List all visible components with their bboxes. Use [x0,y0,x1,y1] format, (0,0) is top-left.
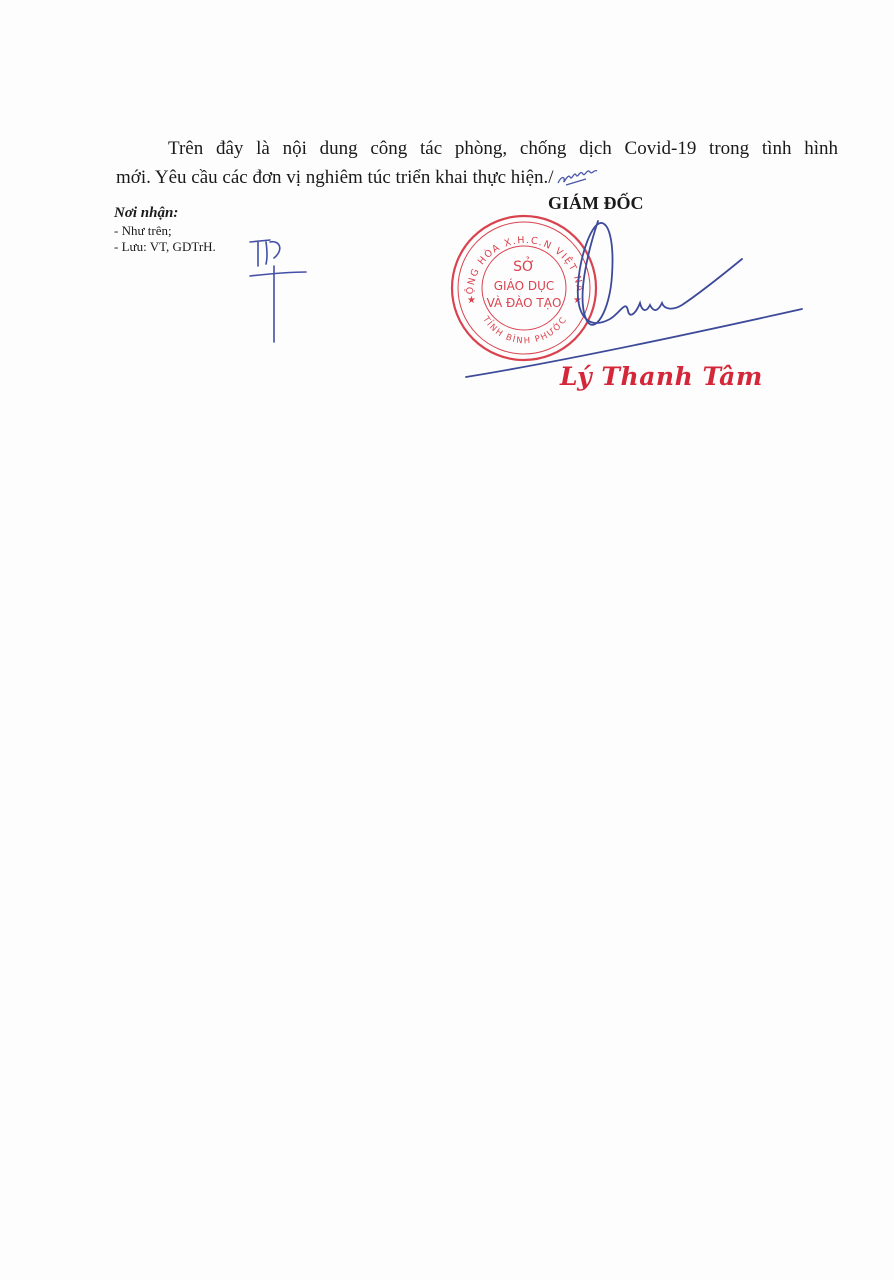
approval-initials-icon [244,236,310,346]
recipients-block: Nơi nhận: - Như trên; - Lưu: VT, GDTrH. [114,203,216,255]
closing-line-1: Trên đây là nội dung công tác phòng, chố… [116,134,838,163]
closing-line-2-text: mới. Yêu cầu các đơn vị nghiêm túc triển… [116,167,554,188]
handwritten-signature-icon [450,215,810,385]
closing-line-2: mới. Yêu cầu các đơn vị nghiêm túc triển… [116,163,838,192]
recipient-item: - Lưu: VT, GDTrH. [114,239,216,255]
handwritten-initials-icon [556,165,600,187]
signer-title: GIÁM ĐỐC [548,193,644,214]
recipients-heading: Nơi nhận: [114,203,216,223]
closing-paragraph: Trên đây là nội dung công tác phòng, chố… [116,134,838,192]
recipient-item: - Như trên; [114,223,216,239]
signer-name: Lý Thanh Tâm [560,362,763,391]
